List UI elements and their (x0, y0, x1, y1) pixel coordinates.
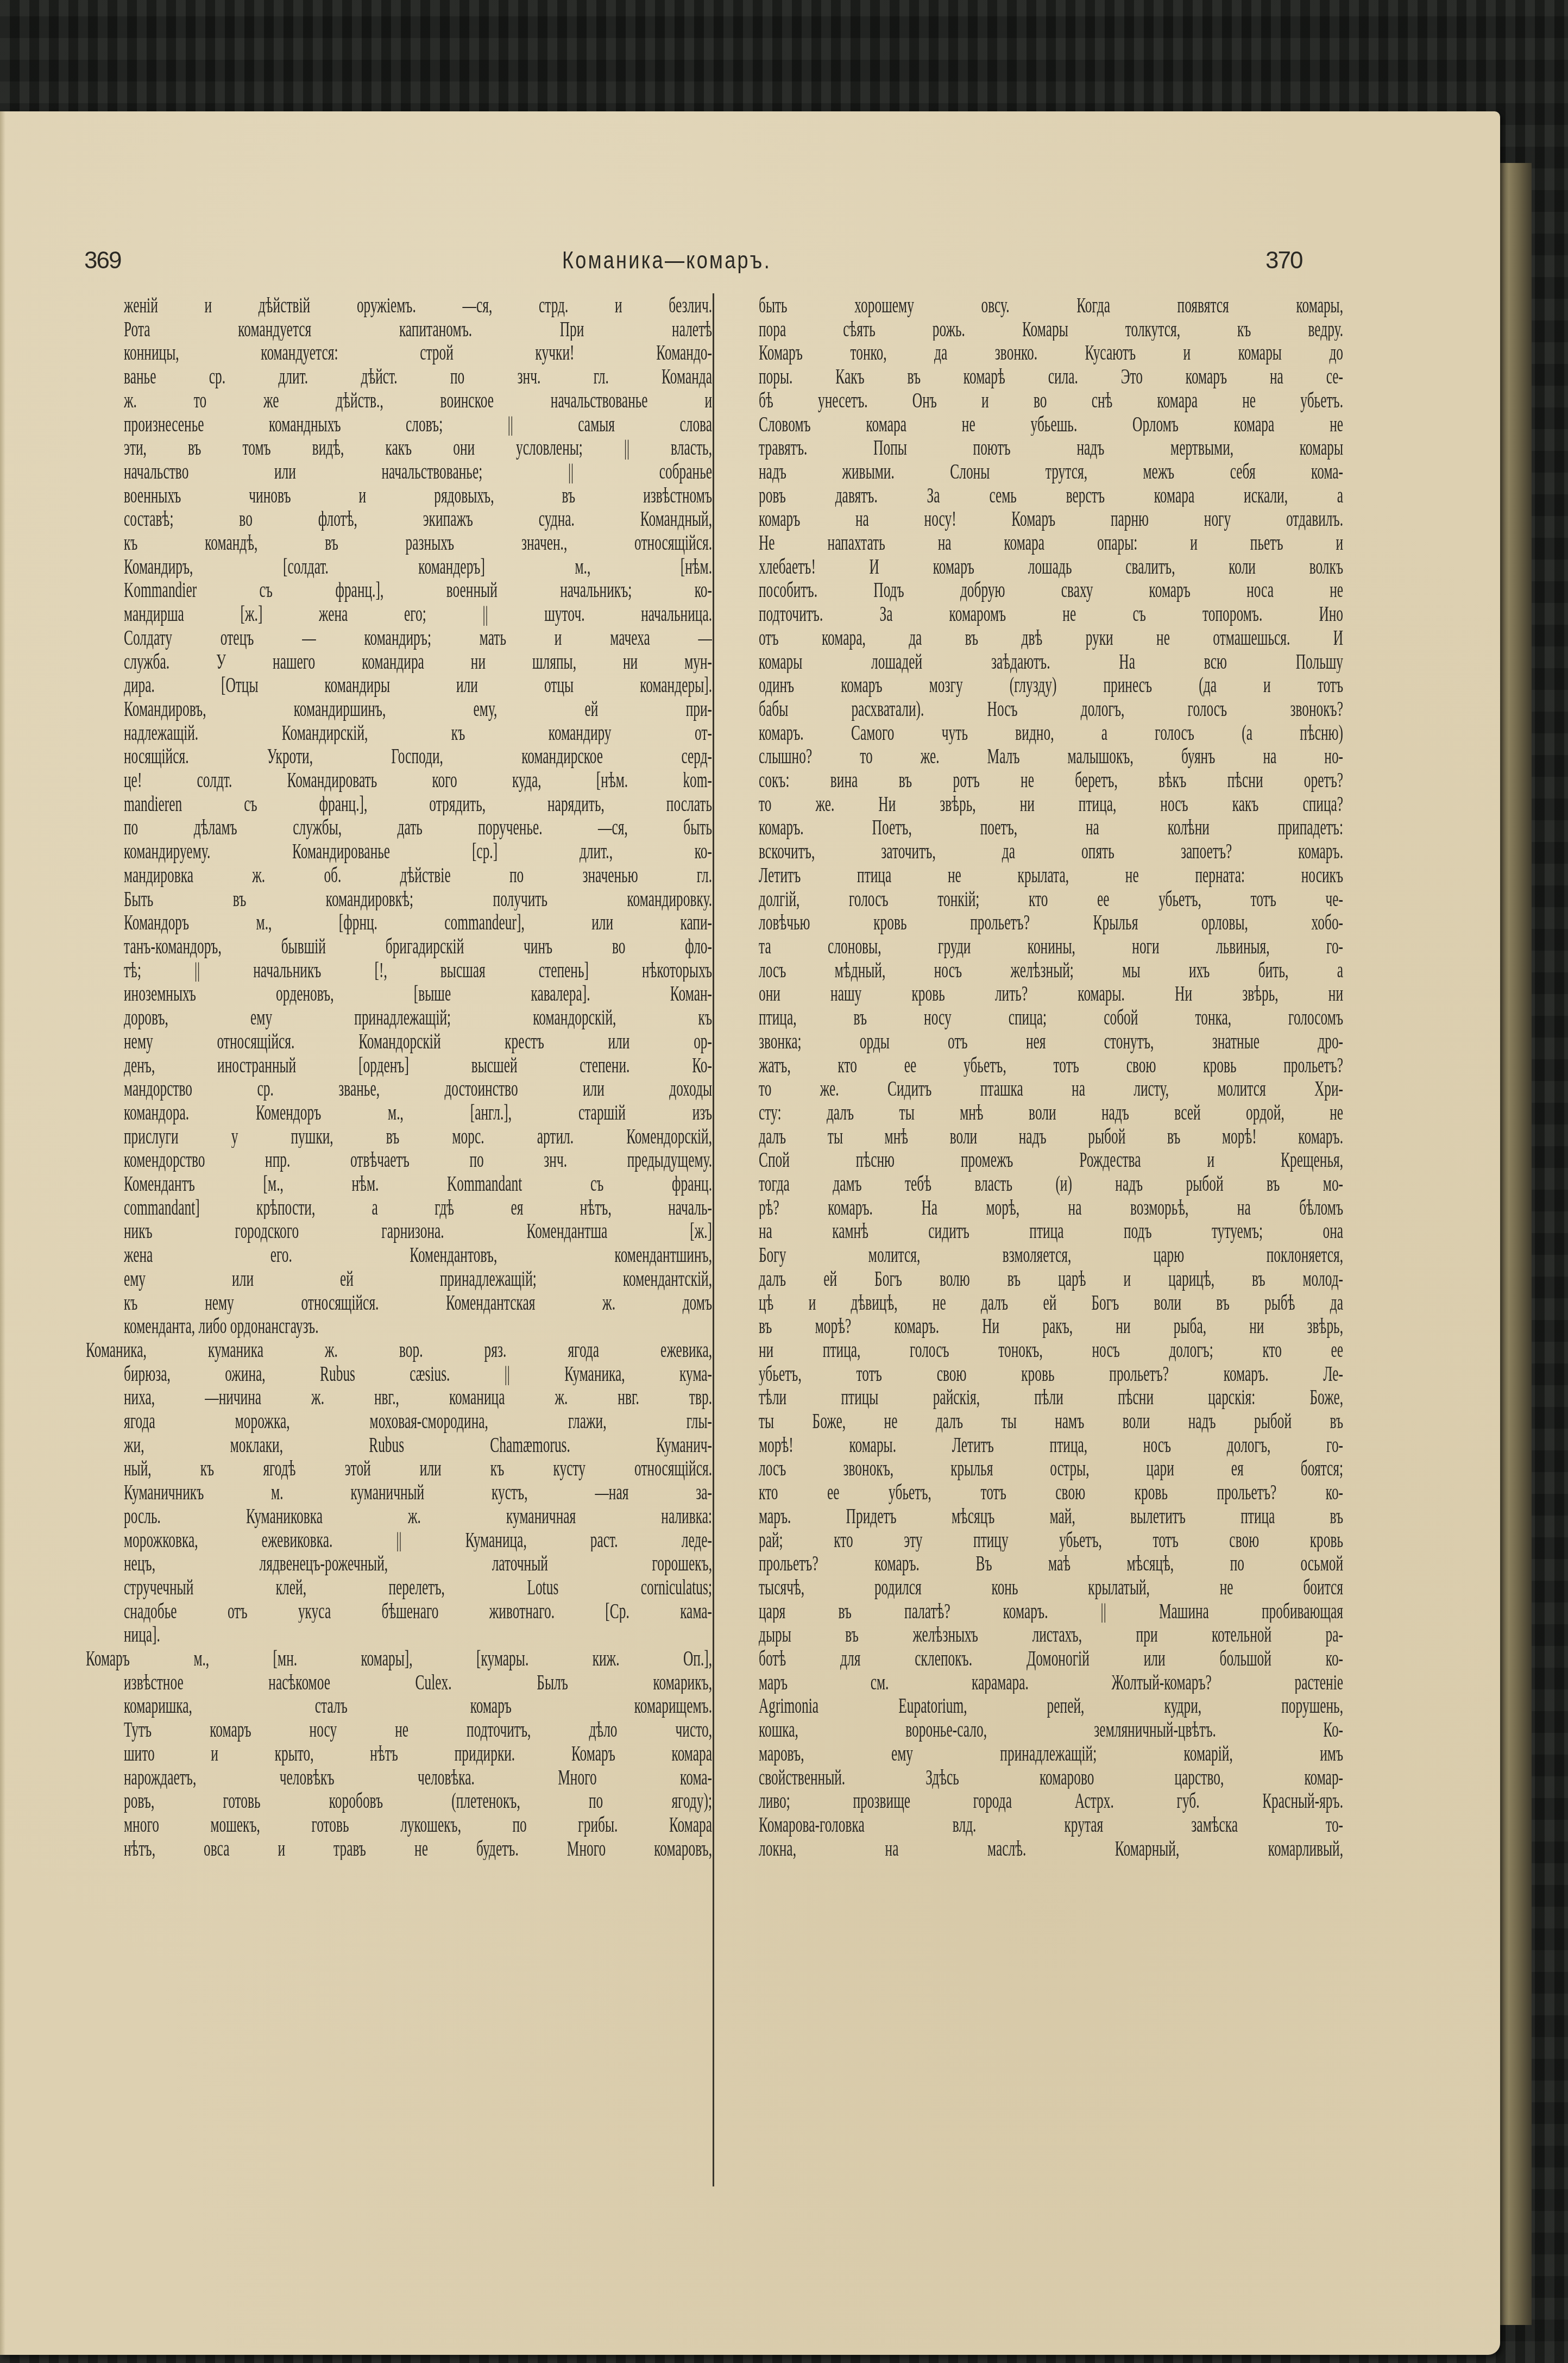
text-line: тысячѣ, родился конь крылатый, не боится (759, 1575, 1343, 1599)
text-line: кто ее убьетъ, тотъ свою кровь прольетъ?… (759, 1480, 1343, 1504)
text-line: нему относящійся. Командорскій крестъ ил… (124, 1029, 712, 1053)
text-line: Богу молится, взмоляется, царю поклоняет… (759, 1243, 1343, 1267)
text-line: Спой пѣсню промежъ Рождества и Крещенья, (759, 1148, 1343, 1172)
text-line: Комендантъ [м., нѣм. Kommandant съ франц… (124, 1172, 712, 1196)
text-line: много мошекъ, готовь лукошекъ, по грибы.… (124, 1813, 712, 1837)
text-line: нѣтъ, овса и травъ не будетъ. Много кома… (124, 1837, 712, 1861)
text-line: рѣ? комаръ. На морѣ, на возморьѣ, на бѣл… (759, 1196, 1343, 1220)
text-line: це! солдт. Командировать кого куда, [нѣм… (124, 768, 712, 792)
text-line: маръ см. карамара. Жолтый-комаръ? растен… (759, 1670, 1343, 1694)
text-line: Быть въ командировкѣ; получить командиро… (124, 887, 712, 911)
text-line: шито и крыто, нѣтъ придирки. Комаръ кома… (124, 1742, 712, 1765)
text-line: морожковка, ежевиковка. || Куманица, рас… (124, 1528, 712, 1552)
text-line: иноземныхъ орденовъ, [выше кавалера]. Ко… (124, 982, 712, 1005)
text-line: одинъ комаръ мозгу (глузду) принесъ (да … (759, 673, 1343, 697)
text-line: Не напахтать на комара опары: и пьетъ и (759, 531, 1343, 555)
running-header: 369 Команика—комаръ. 370 (0, 247, 1500, 280)
text-line: локна, на маслѣ. Комарный, комарливый, (759, 1837, 1343, 1861)
text-line: надъ живыми. Слоны трутся, межъ себя ком… (759, 460, 1343, 483)
entry-headword-line: Комаръ м., [мн. комары], [кумары. киж. О… (86, 1646, 712, 1670)
text-line: ты Боже, не далъ ты намъ воли надъ рыбой… (759, 1409, 1343, 1433)
text-line: ягода морожка, моховая-смородина, глажи,… (124, 1409, 712, 1433)
text-line: сокъ: вина въ ротъ не беретъ, вѣкъ пѣсни… (759, 768, 1343, 792)
text-line: Командировъ, командиршинъ, ему, ей при- (124, 697, 712, 721)
text-line: нецъ, лядвенецъ-рожечный, латочный горош… (124, 1551, 712, 1575)
text-line: росль. Куманиковка ж. куманичная наливка… (124, 1504, 712, 1528)
text-line: ж. то же дѣйств., воинское начальствован… (124, 388, 712, 412)
text-line: морѣ! комары. Летитъ птица, носъ дологъ,… (759, 1433, 1343, 1457)
text-line: къ нему относящійся. Комендантская ж. до… (124, 1291, 712, 1315)
text-line: сту: далъ ты мнѣ воли надъ всей ордой, н… (759, 1101, 1343, 1124)
text-line: маровъ, ему принадлежащій; комарій, имъ (759, 1742, 1343, 1765)
text-line: Летитъ птица не крылата, не перната: нос… (759, 863, 1343, 887)
text-line: то же. Сидитъ пташка на листу, молится Х… (759, 1077, 1343, 1101)
text-line: отъ комара, да въ двѣ руки не отмашешься… (759, 626, 1343, 650)
text-line: мандировка ж. об. дѣйствіе по значенью г… (124, 863, 712, 887)
text-line: птица, въ носу спица; собой тонка, голос… (759, 1005, 1343, 1029)
right-text-column: быть хорошему овсу. Когда появятся комар… (759, 293, 1344, 1860)
text-line: Куманичникъ м. куманичный кустъ, —ная за… (124, 1480, 712, 1504)
text-line: тѣ; || начальникъ [!, высшая степень] нѣ… (124, 958, 712, 982)
left-text-column: женій и дѣйствій оружіемъ. —ся, стрд. и … (124, 293, 713, 1860)
text-line: ботѣ для склепокъ. Домоногій или большой… (759, 1646, 1343, 1670)
text-line: пособитъ. Подъ добрую сваху комаръ носа … (759, 578, 1343, 602)
text-line: тогда дамъ тебѣ власть (и) надъ рыбой въ… (759, 1172, 1343, 1196)
text-line: доровъ, ему принадлежащій; командорскій,… (124, 1005, 712, 1029)
text-line: ниха, —ничина ж. нвг., команица ж. нвг. … (124, 1385, 712, 1409)
text-line: эти, въ томъ видѣ, какъ они условлены; |… (124, 436, 712, 460)
page-number-right: 370 (1265, 247, 1302, 274)
text-line: надлежащій. Командирскій, къ командиру о… (124, 721, 712, 745)
text-line: лосъ мѣдный, носъ желѣзный; мы ихъ бить,… (759, 958, 1343, 982)
text-line: ливо; прозвище города Астрх. губ. Красны… (759, 1789, 1343, 1813)
text-line: извѣстное насѣкомое Culex. Былъ комарикъ… (124, 1670, 712, 1694)
text-line: ему или ей принадлежащій; комендантскій, (124, 1267, 712, 1291)
text-line: составѣ; во флотѣ, экипажъ судна. Команд… (124, 507, 712, 531)
text-line: травятъ. Попы поютъ надъ мертвыми, комар… (759, 436, 1343, 460)
page-number-left: 369 (84, 247, 121, 274)
text-line: танъ-командоръ, бывшій бригадирскій чинъ… (124, 934, 712, 958)
entry-headword-line: Команика, куманика ж. вор. ряз. ягода еж… (86, 1338, 712, 1362)
text-line: Kommandier съ франц.], военный начальник… (124, 578, 712, 602)
dictionary-page: 369 Команика—комаръ. 370 женій и дѣйстві… (0, 111, 1500, 2355)
text-line: на камнѣ сидитъ птица подъ тутуемъ; она (759, 1219, 1343, 1243)
text-line: Командиръ, [солдат. командеръ] м., [нѣм. (124, 555, 712, 579)
text-line: комаришка, сталъ комаръ комарищемъ. (124, 1694, 712, 1718)
text-line: снадобье отъ укуса бѣшенаго животнаго. [… (124, 1599, 712, 1623)
text-line: по дѣламъ службы, дать порученье. —ся, б… (124, 815, 712, 839)
text-line: ный, къ ягодѣ этой или къ кусту относящі… (124, 1456, 712, 1480)
text-line: ловѣчью кровь прольетъ? Крылья орловы, х… (759, 910, 1343, 934)
text-line: дира. [Отцы командиры или отцы командеры… (124, 673, 712, 697)
text-line: мандорство ср. званье, достоинство или д… (124, 1077, 712, 1101)
text-line: мандирша [ж.] жена его; || шуточ. началь… (124, 602, 712, 626)
text-line: носящійся. Укроти, Господи, командирское… (124, 744, 712, 768)
text-line: командора. Комендоръ м., [англ.], старші… (124, 1101, 712, 1124)
text-line: Agrimonia Eupatorium, репей, кудри, пору… (759, 1694, 1343, 1718)
text-line: хлебаетъ! И комаръ лошадь свалитъ, коли … (759, 555, 1343, 579)
text-line: кошка, воронье-сало, земляничный-цвѣтъ. … (759, 1718, 1343, 1742)
column-divider-rule (713, 293, 714, 2186)
text-line: лосъ звонокъ, крылья остры, цари ея боят… (759, 1456, 1343, 1480)
text-line: комаръ на носу! Комаръ парню ногу отдави… (759, 507, 1343, 531)
text-line: комендорство нпр. отвѣчаетъ по знч. пред… (124, 1148, 712, 1172)
book-page-edges (1499, 163, 1532, 2325)
text-line: къ командѣ, въ разныхъ значен., относящі… (124, 531, 712, 555)
text-line: коменданта, либо ордонансгаузъ. (124, 1314, 712, 1338)
text-line: ровъ давятъ. За семь верстъ комара искал… (759, 483, 1343, 507)
text-line: прольетъ? комаръ. Въ маѣ мѣсяцѣ, по осьм… (759, 1551, 1343, 1575)
text-line: ровъ, готовь коробовъ (плетенокъ, по яго… (124, 1789, 712, 1813)
text-line: Комаръ тонко, да звонко. Кусаютъ и комар… (759, 341, 1343, 364)
text-line: они нашу кровь лить? комары. Ни звѣрь, н… (759, 982, 1343, 1005)
text-line: бирюза, ожина, Rubus cæsius. || Куманика… (124, 1362, 712, 1386)
text-line: быть хорошему овсу. Когда появятся комар… (759, 293, 1343, 317)
text-line: жена его. Комендантовъ, комендантшинъ, (124, 1243, 712, 1267)
text-line: командируему. Командированье [ср.] длит.… (124, 839, 712, 863)
text-line: комаръ. Самого чуть видно, а голосъ (а п… (759, 721, 1343, 745)
text-line: далъ ей Богъ волю въ царѣ и царицѣ, въ м… (759, 1267, 1343, 1291)
text-line: Словомъ комара не убьешь. Орломъ комара … (759, 412, 1343, 436)
text-line: жи, моклаки, Rubus Chamæmorus. Куманич- (124, 1433, 712, 1457)
text-line: Тутъ комаръ носу не подточитъ, дѣло чист… (124, 1718, 712, 1742)
text-line: ница]. (124, 1623, 712, 1646)
text-line: Комарова-головка влд. крутая замѣска то- (759, 1813, 1343, 1837)
text-line: начальство или начальствованье; || собра… (124, 460, 712, 483)
text-line: звонка; орды отъ нея стонутъ, знатные др… (759, 1029, 1343, 1053)
text-line: Солдату отецъ — командиръ; мать и мачеха… (124, 626, 712, 650)
text-line: жатъ, кто ее убьетъ, тотъ свою кровь про… (759, 1053, 1343, 1077)
text-line: денъ, иностранный [орденъ] высшей степен… (124, 1053, 712, 1077)
text-line: Командоръ м., [фрнц. commandeur], или ка… (124, 910, 712, 934)
text-line: военныхъ чиновъ и рядовыхъ, въ извѣстном… (124, 483, 712, 507)
text-line: пора сѣять рожь. Комары толкутся, къ вед… (759, 317, 1343, 341)
text-line: въ морѣ? комаръ. Ни ракъ, ни рыба, ни зв… (759, 1314, 1343, 1338)
text-line: Рота командуется капитаномъ. При налетѣ (124, 317, 712, 341)
text-line: слышно? то же. Малъ малышокъ, буянъ на н… (759, 744, 1343, 768)
text-line: та слоновы, груди конины, ноги львиныя, … (759, 934, 1343, 958)
text-line: тѣли птицы райскія, пѣли пѣсни царскія: … (759, 1385, 1343, 1409)
text-line: женій и дѣйствій оружіемъ. —ся, стрд. и … (124, 293, 712, 317)
text-line: комары лошадей заѣдаютъ. На всю Польшу (759, 650, 1343, 674)
text-line: никъ городского гарнизона. Комендантша [… (124, 1219, 712, 1243)
text-line: подточитъ. За комаромъ не съ топоромъ. И… (759, 602, 1343, 626)
text-line: маръ. Придетъ мѣсяцъ май, вылетитъ птица… (759, 1504, 1343, 1528)
text-line: далъ ты мнѣ воли надъ рыбой въ морѣ! ком… (759, 1124, 1343, 1148)
text-line: стручечный клей, перелетъ, Lotus cornicu… (124, 1575, 712, 1599)
text-line: произнесенье командныхъ словъ; || самыя … (124, 412, 712, 436)
text-line: commandant] крѣпости, а гдѣ ея нѣтъ, нач… (124, 1196, 712, 1220)
text-line: служба. У нашего командира ни шляпы, ни … (124, 650, 712, 674)
text-line: царя въ палатѣ? комаръ. || Машина пробив… (759, 1599, 1343, 1623)
page-gutter-shadow (0, 111, 5, 2355)
text-line: ванье ср. длит. дѣйст. по знч. гл. Коман… (124, 364, 712, 388)
text-line: бабы расхватали). Носъ дологъ, голосъ зв… (759, 697, 1343, 721)
text-line: комаръ. Поетъ, поетъ, на колѣни припадет… (759, 815, 1343, 839)
text-line: бѣ унесетъ. Онъ и во снѣ комара не убьет… (759, 388, 1343, 412)
text-line: дыры въ желѣзныхъ листахъ, при котельной… (759, 1623, 1343, 1646)
text-line: ни птица, голосъ тонокъ, носъ дологъ; кт… (759, 1338, 1343, 1362)
text-line: то же. Ни звѣрь, ни птица, носъ какъ спи… (759, 792, 1343, 816)
text-line: вскочитъ, заточитъ, да опять запоетъ? ко… (759, 839, 1343, 863)
text-line: mandieren съ франц.], отрядить, нарядить… (124, 792, 712, 816)
text-line: нарождаетъ, человѣкъ человѣка. Много ком… (124, 1765, 712, 1789)
text-line: прислуги у пушки, въ морс. артил. Коменд… (124, 1124, 712, 1148)
text-line: цѣ и дѣвицѣ, не далъ ей Богъ воли въ рыб… (759, 1291, 1343, 1315)
text-line: долгій, голосъ тонкій; кто ее убьетъ, то… (759, 887, 1343, 911)
text-line: свойственный. Здѣсь комарово царство, ко… (759, 1765, 1343, 1789)
text-line: поры. Какъ въ комарѣ сила. Это комаръ на… (759, 364, 1343, 388)
text-line: убьетъ, тотъ свою кровь прольетъ? комаръ… (759, 1362, 1343, 1386)
running-title: Команика—комаръ. (562, 247, 771, 274)
text-line: конницы, командуется: строй кучки! Коман… (124, 341, 712, 364)
text-line: рай; кто эту птицу убьетъ, тотъ свою кро… (759, 1528, 1343, 1552)
